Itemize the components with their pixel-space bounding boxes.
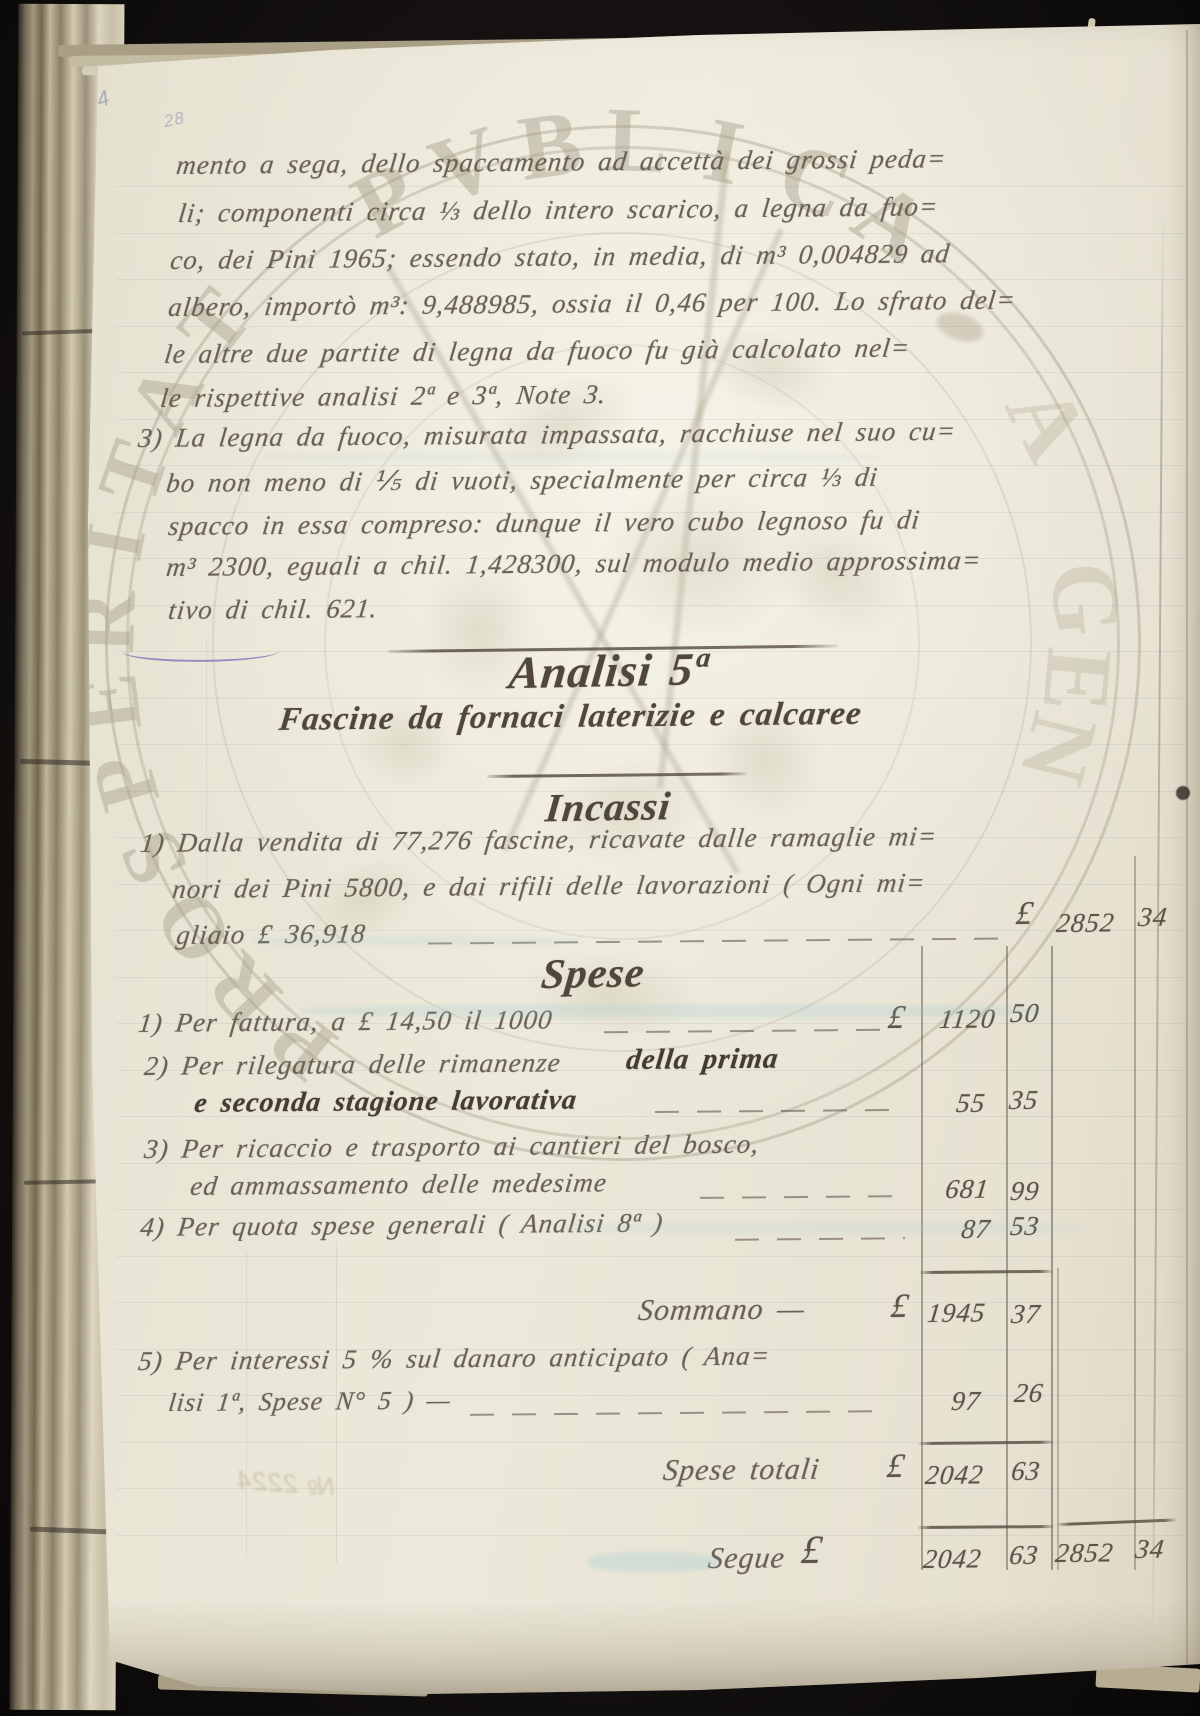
ledger-page — [0, 0, 1200, 1716]
manuscript-photo: PVBLICAPROSPERITATAGEN Analisi 5ªFascine… — [0, 0, 1200, 1716]
